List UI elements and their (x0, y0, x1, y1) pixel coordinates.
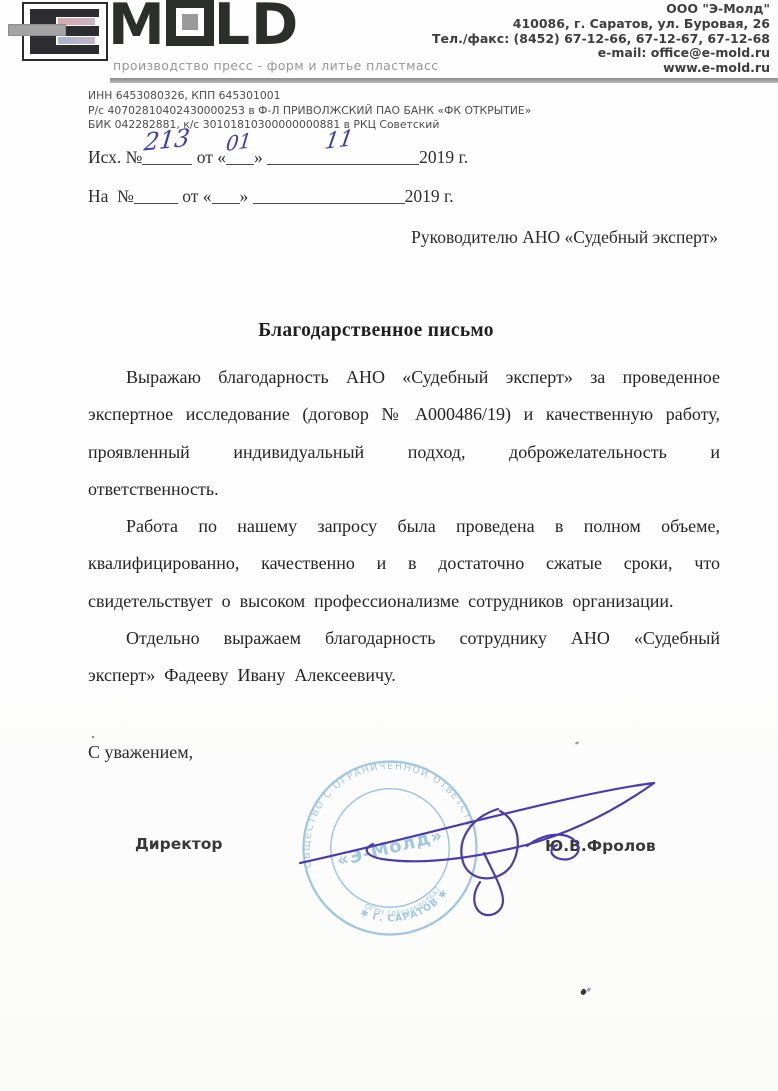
out-day-blank: 01 (226, 148, 254, 165)
wordmark-ld: LD (214, 0, 300, 58)
out-number-blank: 213 (142, 148, 192, 165)
handwritten-out-month: 11 (323, 126, 355, 155)
letter-title: Благодарственное письмо (0, 320, 752, 342)
paragraph-3: Отдельно выражаем благодарность сотрудни… (88, 620, 720, 695)
company-name: ООО "Э-Молд" (432, 2, 770, 17)
outgoing-reference-line: Исх. №213 от «01» 112019 г. (88, 147, 468, 168)
from-label: от « (197, 147, 226, 167)
company-address: 410086, г. Саратов, ул. Буровая, 26 (432, 17, 770, 32)
scanned-letter-page: MLD производство пресс - форм и литье пл… (0, 0, 778, 1091)
quote-close-2: » (240, 186, 249, 206)
num-sign: № (117, 186, 134, 206)
requisites-inn: ИНН 6453080326, КПП 645301001 (88, 89, 531, 104)
company-tagline: производство пресс - форм и литье пластм… (113, 58, 439, 73)
scan-speck (580, 988, 588, 996)
closing-line: С уважением, (88, 742, 193, 763)
company-website: www.e-mold.ru (432, 61, 770, 76)
director-signature (272, 753, 682, 928)
in-number-blank (134, 187, 178, 204)
contact-block: ООО "Э-Молд" 410086, г. Саратов, ул. Бур… (432, 2, 770, 76)
scan-speck (575, 741, 579, 745)
brand-wordmark: MLD (108, 0, 299, 58)
in-label: На (88, 186, 108, 206)
handwritten-out-number: 213 (143, 123, 192, 156)
letter-body: Выражаю благодарность АНО «Судебный эксп… (88, 359, 720, 694)
out-month-blank: 11 (267, 148, 419, 165)
bank-requisites: ИНН 6453080326, КПП 645301001 Р/с 407028… (88, 89, 531, 133)
paragraph-2: Работа по нашему запросу была проведена … (88, 508, 720, 620)
signer-position: Директор (135, 835, 223, 853)
in-year: 2019 г. (405, 186, 454, 206)
quote-close: » (254, 147, 263, 167)
addressee-line: Руководителю АНО «Судебный эксперт» (411, 227, 718, 248)
handwritten-out-day: 01 (225, 128, 253, 156)
out-label: Исх. № (88, 147, 142, 167)
requisites-account: Р/с 40702810402430000253 в Ф-Л ПРИВОЛЖСК… (88, 104, 531, 119)
header-divider (110, 78, 778, 83)
scan-speck (92, 736, 94, 738)
paragraph-1: Выражаю благодарность АНО «Судебный эксп… (88, 359, 720, 508)
company-email: e-mail: office@e-mold.ru (432, 46, 770, 61)
from-label-2: от « (182, 186, 211, 206)
wordmark-square-o-icon (166, 0, 214, 46)
logo-core-bar (8, 24, 66, 36)
company-phone: Тел./факс: (8452) 67-12-66, 67-12-67, 67… (432, 32, 770, 47)
wordmark-m: M (108, 0, 166, 58)
in-day-blank (212, 187, 240, 204)
logo-notch (56, 36, 99, 45)
out-year: 2019 г. (419, 147, 468, 167)
in-month-blank (253, 187, 405, 204)
incoming-reference-line: На № от «» 2019 г. (88, 186, 454, 207)
logo-stripe-lavender (58, 37, 95, 44)
e-mold-logo-icon (22, 2, 108, 61)
